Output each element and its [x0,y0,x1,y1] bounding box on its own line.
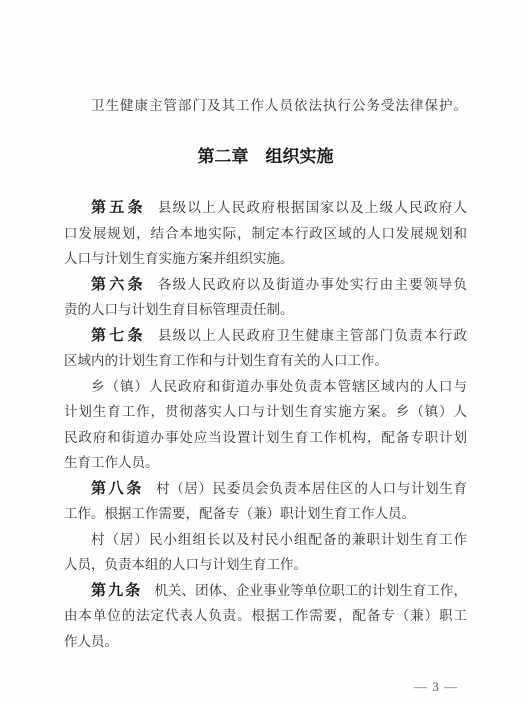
article-5-line-1: 第五条县级以上人民政府根据国家以及上级人民政府人 [64,195,467,221]
article-7-para-2-line-4: 生育工作人员。 [64,450,467,476]
article-7-para-2-line-1: 乡（镇）人民政府和街道办事处负责本管辖区域内的人口与 [64,374,467,400]
article-6-line-2: 责的人口与计划生育目标管理责任制。 [64,297,467,323]
article-6-line-1: 第六条各级人民政府以及街道办事处实行由主要领导负 [64,272,467,298]
article-7-para-2-line-2: 计划生育工作，贯彻落实人口与计划生育实施方案。乡（镇）人 [64,399,467,425]
text-block: 卫生健康主管部门及其工作人员依法执行公务受法律保护。 第二章 组织实施 第五条县… [64,93,467,654]
article-7-line-2: 区域内的计划生育工作和与计划生育有关的人口工作。 [64,348,467,374]
intro-paragraph-line: 卫生健康主管部门及其工作人员依法执行公务受法律保护。 [64,93,467,119]
article-6-text: 各级人民政府以及街道办事处实行由主要领导负 [158,277,467,292]
article-5-text: 县级以上人民政府根据国家以及上级人民政府人 [158,200,467,215]
document-page: 卫生健康主管部门及其工作人员依法执行公务受法律保护。 第二章 组织实施 第五条县… [0,0,529,704]
article-5-line-2: 口发展规划，结合本地实际，制定本行政区域的人口发展规划和 [64,221,467,247]
article-8-line-2: 工作。根据工作需要，配备专（兼）职计划生育工作人员。 [64,501,467,527]
article-8-para-2-line-1: 村（居）民小组组长以及村民小组配备的兼职计划生育工作 [64,527,467,553]
article-9-line-3: 作人员。 [64,629,467,655]
blank-line [64,170,467,196]
chapter-heading: 第二章 组织实施 [64,144,467,170]
article-7-term: 第七条 [91,327,146,344]
article-6-term: 第六条 [91,276,146,293]
article-7-line-1: 第七条县级以上人民政府卫生健康主管部门负责本行政 [64,323,467,349]
article-8-text: 村（居）民委员会负责本居住区的人口与计划生育 [156,481,467,496]
article-8-para-2-line-2: 人员，负责本组的人口与计划生育工作。 [64,552,467,578]
article-5-term: 第五条 [91,199,146,216]
page-number: — 3 — [414,679,458,694]
blank-line [64,119,467,145]
article-9-line-2: 由本单位的法定代表人负责。根据工作需要，配备专（兼）职工 [64,603,467,629]
article-7-text: 县级以上人民政府卫生健康主管部门负责本行政 [158,328,467,343]
article-5-line-3: 人口与计划生育实施方案并组织实施。 [64,246,467,272]
article-9-text: 机关、团体、企业事业等单位职工的计划生育工作， [154,583,467,598]
article-9-term: 第九条 [91,582,142,599]
article-9-line-1: 第九条机关、团体、企业事业等单位职工的计划生育工作， [64,578,467,604]
article-8-term: 第八条 [91,480,144,497]
article-7-para-2-line-3: 民政府和街道办事处应当设置计划生育工作机构，配备专职计划 [64,425,467,451]
article-8-line-1: 第八条村（居）民委员会负责本居住区的人口与计划生育 [64,476,467,502]
